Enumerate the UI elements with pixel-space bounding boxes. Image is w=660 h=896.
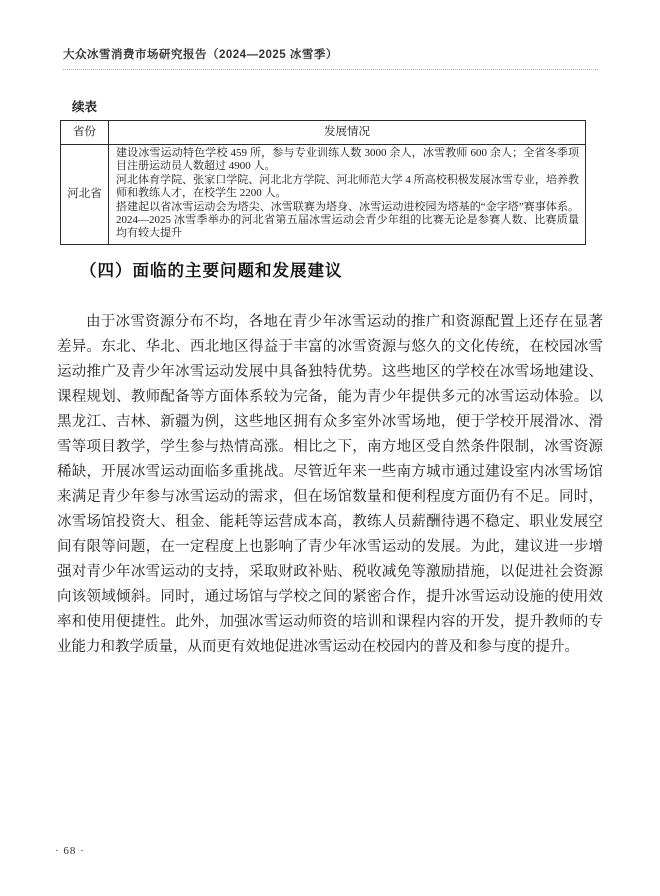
development-table: 省份 发展情况 河北省 建设冰雪运动特色学校 459 所，参与专业训练人数 30… bbox=[60, 120, 586, 245]
continued-table-label: 续表 bbox=[72, 97, 97, 115]
table-row: 河北省 建设冰雪运动特色学校 459 所，参与专业训练人数 3000 余人，冰雪… bbox=[61, 145, 586, 245]
column-header-province: 省份 bbox=[61, 121, 109, 145]
page-number: · 68 · bbox=[55, 845, 85, 857]
development-detail-1: 建设冰雪运动特色学校 459 所，参与专业训练人数 3000 余人，冰雪教师 6… bbox=[116, 147, 579, 174]
province-cell: 河北省 bbox=[61, 145, 109, 245]
running-header-title: 大众冰雪消费市场研究报告（2024—2025 冰雪季） bbox=[63, 46, 598, 70]
column-header-development: 发展情况 bbox=[109, 121, 586, 145]
body-paragraph: 由于冰雪资源分布不均，各地在青少年冰雪运动的推广和资源配置上还存在显著差异。东北… bbox=[57, 310, 603, 660]
development-detail-3: 搭建起以省冰雪运动会为塔尖、冰雪联赛为塔身、冰雪运动进校园为塔基的“金字塔”赛事… bbox=[116, 201, 579, 241]
development-cell: 建设冰雪运动特色学校 459 所，参与专业训练人数 3000 余人，冰雪教师 6… bbox=[109, 145, 586, 245]
section-heading: （四）面临的主要问题和发展建议 bbox=[80, 257, 343, 281]
table-header-row: 省份 发展情况 bbox=[61, 121, 586, 145]
document-page: 大众冰雪消费市场研究报告（2024—2025 冰雪季） 续表 省份 发展情况 河… bbox=[0, 0, 660, 896]
development-detail-2: 河北体育学院、张家口学院、河北北方学院、河北师范大学 4 所高校积极发展冰雪专业… bbox=[116, 174, 579, 201]
